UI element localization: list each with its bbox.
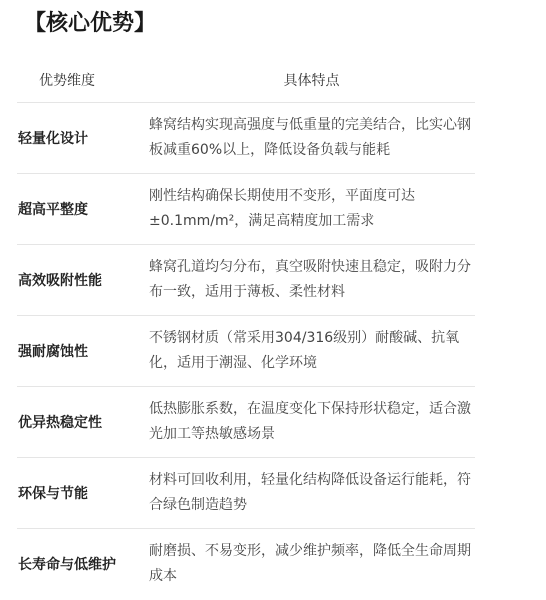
row-dimension: 优异热稳定性 — [17, 387, 148, 458]
row-dimension: 超高平整度 — [17, 174, 148, 245]
table-row: 高效吸附性能 蜂窝孔道均匀分布，真空吸附快速且稳定，吸附力分布一致，适用于薄板、… — [17, 245, 475, 316]
row-dimension: 长寿命与低维护 — [17, 529, 148, 600]
row-feature: 不锈钢材质（常采用304/316级别）耐酸碱、抗氧化，适用于潮湿、化学环境 — [148, 316, 475, 387]
row-feature: 刚性结构确保长期使用不变形，平面度可达±0.1mm/m²，满足高精度加工需求 — [148, 174, 475, 245]
table-header-row: 优势维度 具体特点 — [17, 58, 475, 103]
table-row: 强耐腐蚀性 不锈钢材质（常采用304/316级别）耐酸碱、抗氧化，适用于潮湿、化… — [17, 316, 475, 387]
row-feature: 蜂窝孔道均匀分布，真空吸附快速且稳定，吸附力分布一致，适用于薄板、柔性材料 — [148, 245, 475, 316]
advantages-table: 优势维度 具体特点 轻量化设计 蜂窝结构实现高强度与低重量的完美结合，比实心钢板… — [17, 58, 475, 599]
row-feature: 低热膨胀系数，在温度变化下保持形状稳定，适合激光加工等热敏感场景 — [148, 387, 475, 458]
table-row: 轻量化设计 蜂窝结构实现高强度与低重量的完美结合，比实心钢板减重60%以上，降低… — [17, 103, 475, 174]
row-dimension: 高效吸附性能 — [17, 245, 148, 316]
table-row: 优异热稳定性 低热膨胀系数，在温度变化下保持形状稳定，适合激光加工等热敏感场景 — [17, 387, 475, 458]
table-row: 长寿命与低维护 耐磨损、不易变形，减少维护频率，降低全生命周期成本 — [17, 529, 475, 600]
row-feature: 蜂窝结构实现高强度与低重量的完美结合，比实心钢板减重60%以上，降低设备负载与能… — [148, 103, 475, 174]
row-feature: 耐磨损、不易变形，减少维护频率，降低全生命周期成本 — [148, 529, 475, 600]
header-feature: 具体特点 — [148, 58, 475, 103]
table-row: 超高平整度 刚性结构确保长期使用不变形，平面度可达±0.1mm/m²，满足高精度… — [17, 174, 475, 245]
row-dimension: 强耐腐蚀性 — [17, 316, 148, 387]
row-feature: 材料可回收利用，轻量化结构降低设备运行能耗，符合绿色制造趋势 — [148, 458, 475, 529]
header-dimension: 优势维度 — [17, 58, 148, 103]
table-row: 环保与节能 材料可回收利用，轻量化结构降低设备运行能耗，符合绿色制造趋势 — [17, 458, 475, 529]
row-dimension: 轻量化设计 — [17, 103, 148, 174]
row-dimension: 环保与节能 — [17, 458, 148, 529]
section-title: 【核心优势】 — [24, 8, 156, 40]
